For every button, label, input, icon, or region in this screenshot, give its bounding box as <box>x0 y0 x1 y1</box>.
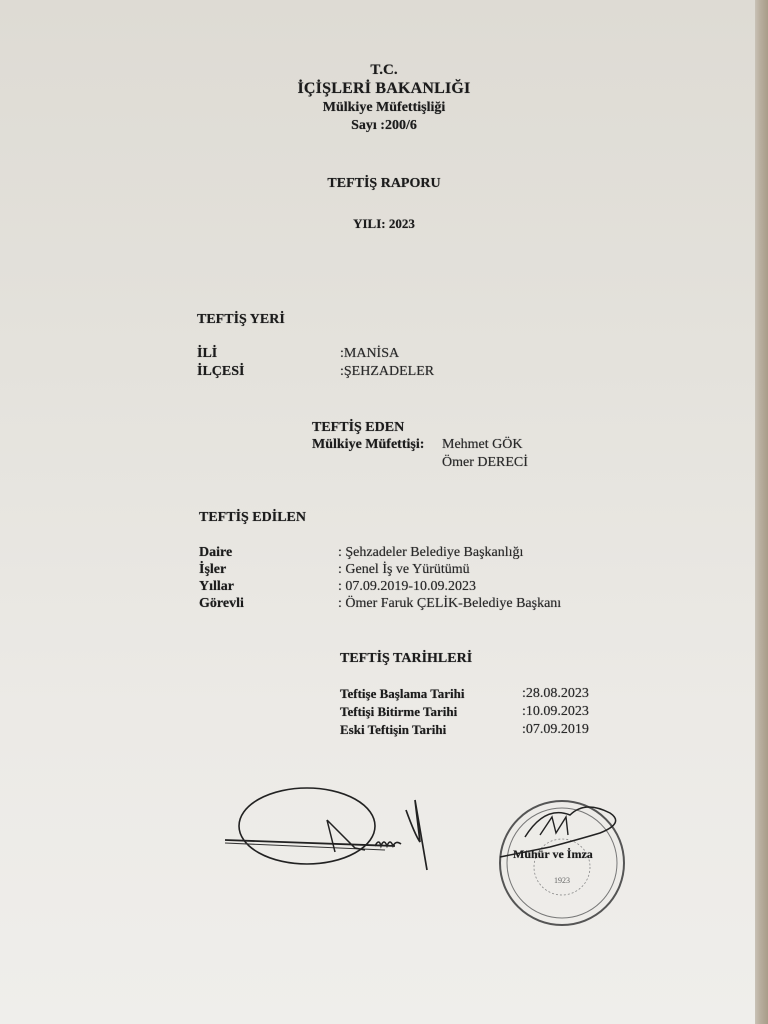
inspection-dates-title: TEFTİŞ TARİHLERİ <box>340 651 472 667</box>
inspected-title: TEFTİŞ EDİLEN <box>199 510 306 526</box>
previous-inspection-label: Eski Teftişin Tarihi <box>340 722 446 738</box>
province-value: :MANİSA <box>340 346 399 362</box>
header-country: T.C. <box>0 62 768 79</box>
stamp-label: Mühür ve İmza <box>513 847 593 862</box>
previous-inspection-value: :07.09.2019 <box>522 722 589 738</box>
province-label: İLİ <box>197 346 217 362</box>
inspector-role-label: Mülkiye Müfettişi: <box>312 437 424 453</box>
header-department: Mülkiye Müfettişliği <box>0 100 768 116</box>
paper-edge <box>755 0 768 1024</box>
signature-left <box>215 780 445 880</box>
header-number: Sayı :200/6 <box>0 118 768 134</box>
inspected-label-daire: Daire <box>199 545 232 561</box>
inspected-label-gorevli: Görevli <box>199 596 244 612</box>
district-value: :ŞEHZADELER <box>340 364 434 380</box>
inspected-value-isler: : Genel İş ve Yürütümü <box>338 562 470 578</box>
inspected-by-title: TEFTİŞ EDEN <box>312 420 404 436</box>
end-date-label: Teftişi Bitirme Tarihi <box>340 704 457 720</box>
end-date-value: :10.09.2023 <box>522 704 589 720</box>
inspection-place-title: TEFTİŞ YERİ <box>197 312 285 328</box>
inspected-value-daire: : Şehzadeler Belediye Başkanlığı <box>338 545 523 561</box>
inspector-name-1: Mehmet GÖK <box>442 437 523 453</box>
report-year: YILI: 2023 <box>0 216 768 232</box>
stamp-year: 1923 <box>554 876 570 885</box>
inspected-label-isler: İşler <box>199 562 226 578</box>
inspected-label-yillar: Yıllar <box>199 579 234 595</box>
official-stamp: 1923 <box>490 795 635 930</box>
header-ministry: İÇİŞLERİ BAKANLIĞI <box>0 80 768 98</box>
report-title: TEFTİŞ RAPORU <box>0 176 768 192</box>
district-label: İLÇESİ <box>197 364 244 380</box>
inspected-value-yillar: : 07.09.2019-10.09.2023 <box>338 579 476 595</box>
start-date-label: Teftişe Başlama Tarihi <box>340 686 464 702</box>
inspector-name-2: Ömer DERECİ <box>442 455 528 471</box>
start-date-value: :28.08.2023 <box>522 686 589 702</box>
inspected-value-gorevli: : Ömer Faruk ÇELİK-Belediye Başkanı <box>338 596 561 612</box>
